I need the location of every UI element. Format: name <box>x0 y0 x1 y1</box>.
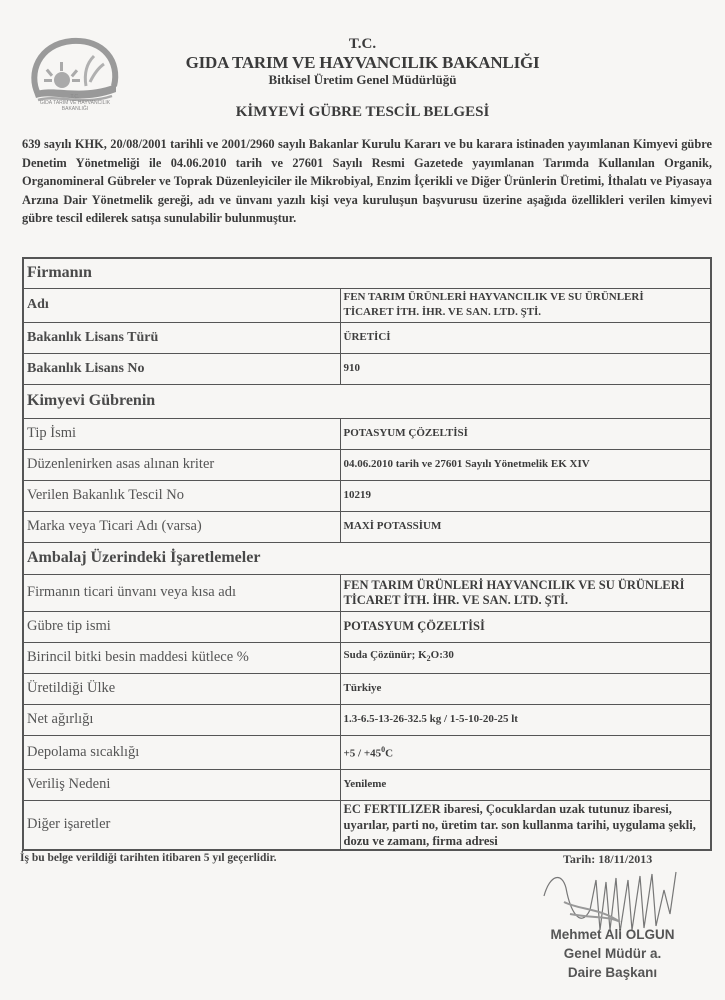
field-value: Yenileme <box>340 769 711 800</box>
field-label: Adı <box>23 288 340 322</box>
validity-note: İş bu belge verildiği tarihten itibaren … <box>20 852 277 864</box>
value-line: FEN TARIM ÜRÜNLERİ HAYVANCILIK VE SU ÜRÜ… <box>344 290 708 305</box>
certificate-table: Firmanın Adı FEN TARIM ÜRÜNLERİ HAYVANCI… <box>22 257 712 851</box>
table-row: Diğer işaretler EC FERTILIZER ibaresi, Ç… <box>23 800 711 850</box>
field-value: Suda Çözünür; K2O:30 <box>340 642 711 673</box>
header-tc: T.C. <box>0 36 725 53</box>
value-line: TİCARET İTH. İHR. VE SAN. LTD. ŞTİ. <box>344 305 708 320</box>
field-value: Türkiye <box>340 673 711 704</box>
signer-department: Daire Başkanı <box>530 965 695 980</box>
value-line: dozu ve zamanı, firma adresi <box>344 833 708 849</box>
section-fertilizer-title: Kimyevi Gübrenin <box>23 384 711 418</box>
section-row: Ambalaj Üzerindeki İşaretlemeler <box>23 542 711 574</box>
field-label: Diğer işaretler <box>23 800 340 850</box>
table-row: Üretildiği Ülke Türkiye <box>23 673 711 704</box>
field-label: Net ağırlığı <box>23 704 340 735</box>
table-row: Tip İsmi POTASYUM ÇÖZELTİSİ <box>23 418 711 449</box>
section-row: Firmanın <box>23 258 711 288</box>
field-value: 04.06.2010 tarih ve 27601 Sayılı Yönetme… <box>340 449 711 480</box>
table-row: Düzenlenirken asas alınan kriter 04.06.2… <box>23 449 711 480</box>
field-label: Firmanın ticari ünvanı veya kısa adı <box>23 574 340 611</box>
table-row: Veriliş Nedeni Yenileme <box>23 769 711 800</box>
table-row: Bakanlık Lisans No 910 <box>23 353 711 384</box>
field-label: Bakanlık Lisans Türü <box>23 322 340 353</box>
field-value: EC FERTILIZER ibaresi, Çocuklardan uzak … <box>340 800 711 850</box>
intro-paragraph: 639 sayılı KHK, 20/08/2001 tarihli ve 20… <box>22 135 712 228</box>
table-row: Verilen Bakanlık Tescil No 10219 <box>23 480 711 511</box>
table-row: Firmanın ticari ünvanı veya kısa adı FEN… <box>23 574 711 611</box>
field-label: Depolama sıcaklığı <box>23 735 340 769</box>
table-row: Depolama sıcaklığı +5 / +450C <box>23 735 711 769</box>
value-text: C <box>385 748 393 760</box>
signer-name: Mehmet Ali OLGUN <box>530 927 695 942</box>
table-row: Marka veya Ticari Adı (varsa) MAXİ POTAS… <box>23 511 711 542</box>
field-label: Marka veya Ticari Adı (varsa) <box>23 511 340 542</box>
signer-title: Genel Müdür a. <box>530 946 695 961</box>
value-line: FEN TARIM ÜRÜNLERİ HAYVANCILIK VE SU ÜRÜ… <box>344 578 708 593</box>
value-text: O:30 <box>431 649 454 661</box>
table-row: Gübre tip ismi POTASYUM ÇÖZELTİSİ <box>23 611 711 642</box>
field-label: Düzenlenirken asas alınan kriter <box>23 449 340 480</box>
value-line: TİCARET İTH. İHR. VE SAN. LTD. ŞTİ. <box>344 593 708 608</box>
department-name: Bitkisel Üretim Genel Müdürlüğü <box>0 72 725 88</box>
value-text: +5 / +45 <box>344 748 382 760</box>
issue-date: Tarih: 18/11/2013 <box>563 852 652 867</box>
field-label: Veriliş Nedeni <box>23 769 340 800</box>
table-row: Birincil bitki besin maddesi kütlece % S… <box>23 642 711 673</box>
field-value: ÜRETİCİ <box>340 322 711 353</box>
value-text: Suda Çözünür; K <box>344 649 427 661</box>
field-label: Üretildiği Ülke <box>23 673 340 704</box>
field-value: POTASYUM ÇÖZELTİSİ <box>340 611 711 642</box>
field-value: 910 <box>340 353 711 384</box>
ministry-name: GIDA TARIM VE HAYVANCILIK BAKANLIĞI <box>0 53 725 73</box>
field-label: Gübre tip ismi <box>23 611 340 642</box>
field-value: POTASYUM ÇÖZELTİSİ <box>340 418 711 449</box>
field-label: Birincil bitki besin maddesi kütlece % <box>23 642 340 673</box>
table-row: Bakanlık Lisans Türü ÜRETİCİ <box>23 322 711 353</box>
value-line: EC FERTILIZER ibaresi, Çocuklardan uzak … <box>344 801 708 817</box>
field-value: FEN TARIM ÜRÜNLERİ HAYVANCILIK VE SU ÜRÜ… <box>340 288 711 322</box>
table-row: Net ağırlığı 1.3-6.5-13-26-32.5 kg / 1-5… <box>23 704 711 735</box>
document-title: KİMYEVİ GÜBRE TESCİL BELGESİ <box>0 104 725 121</box>
value-line: uyarılar, parti no, üretim tar. son kull… <box>344 817 708 833</box>
field-value: MAXİ POTASSİUM <box>340 511 711 542</box>
section-row: Kimyevi Gübrenin <box>23 384 711 418</box>
field-label: Bakanlık Lisans No <box>23 353 340 384</box>
section-packaging-title: Ambalaj Üzerindeki İşaretlemeler <box>23 542 711 574</box>
field-value: 1.3-6.5-13-26-32.5 kg / 1-5-10-20-25 lt <box>340 704 711 735</box>
table-row: Adı FEN TARIM ÜRÜNLERİ HAYVANCILIK VE SU… <box>23 288 711 322</box>
section-firm-title: Firmanın <box>23 258 711 288</box>
field-label: Tip İsmi <box>23 418 340 449</box>
field-value: 10219 <box>340 480 711 511</box>
field-label: Verilen Bakanlık Tescil No <box>23 480 340 511</box>
field-value: +5 / +450C <box>340 735 711 769</box>
field-value: FEN TARIM ÜRÜNLERİ HAYVANCILIK VE SU ÜRÜ… <box>340 574 711 611</box>
